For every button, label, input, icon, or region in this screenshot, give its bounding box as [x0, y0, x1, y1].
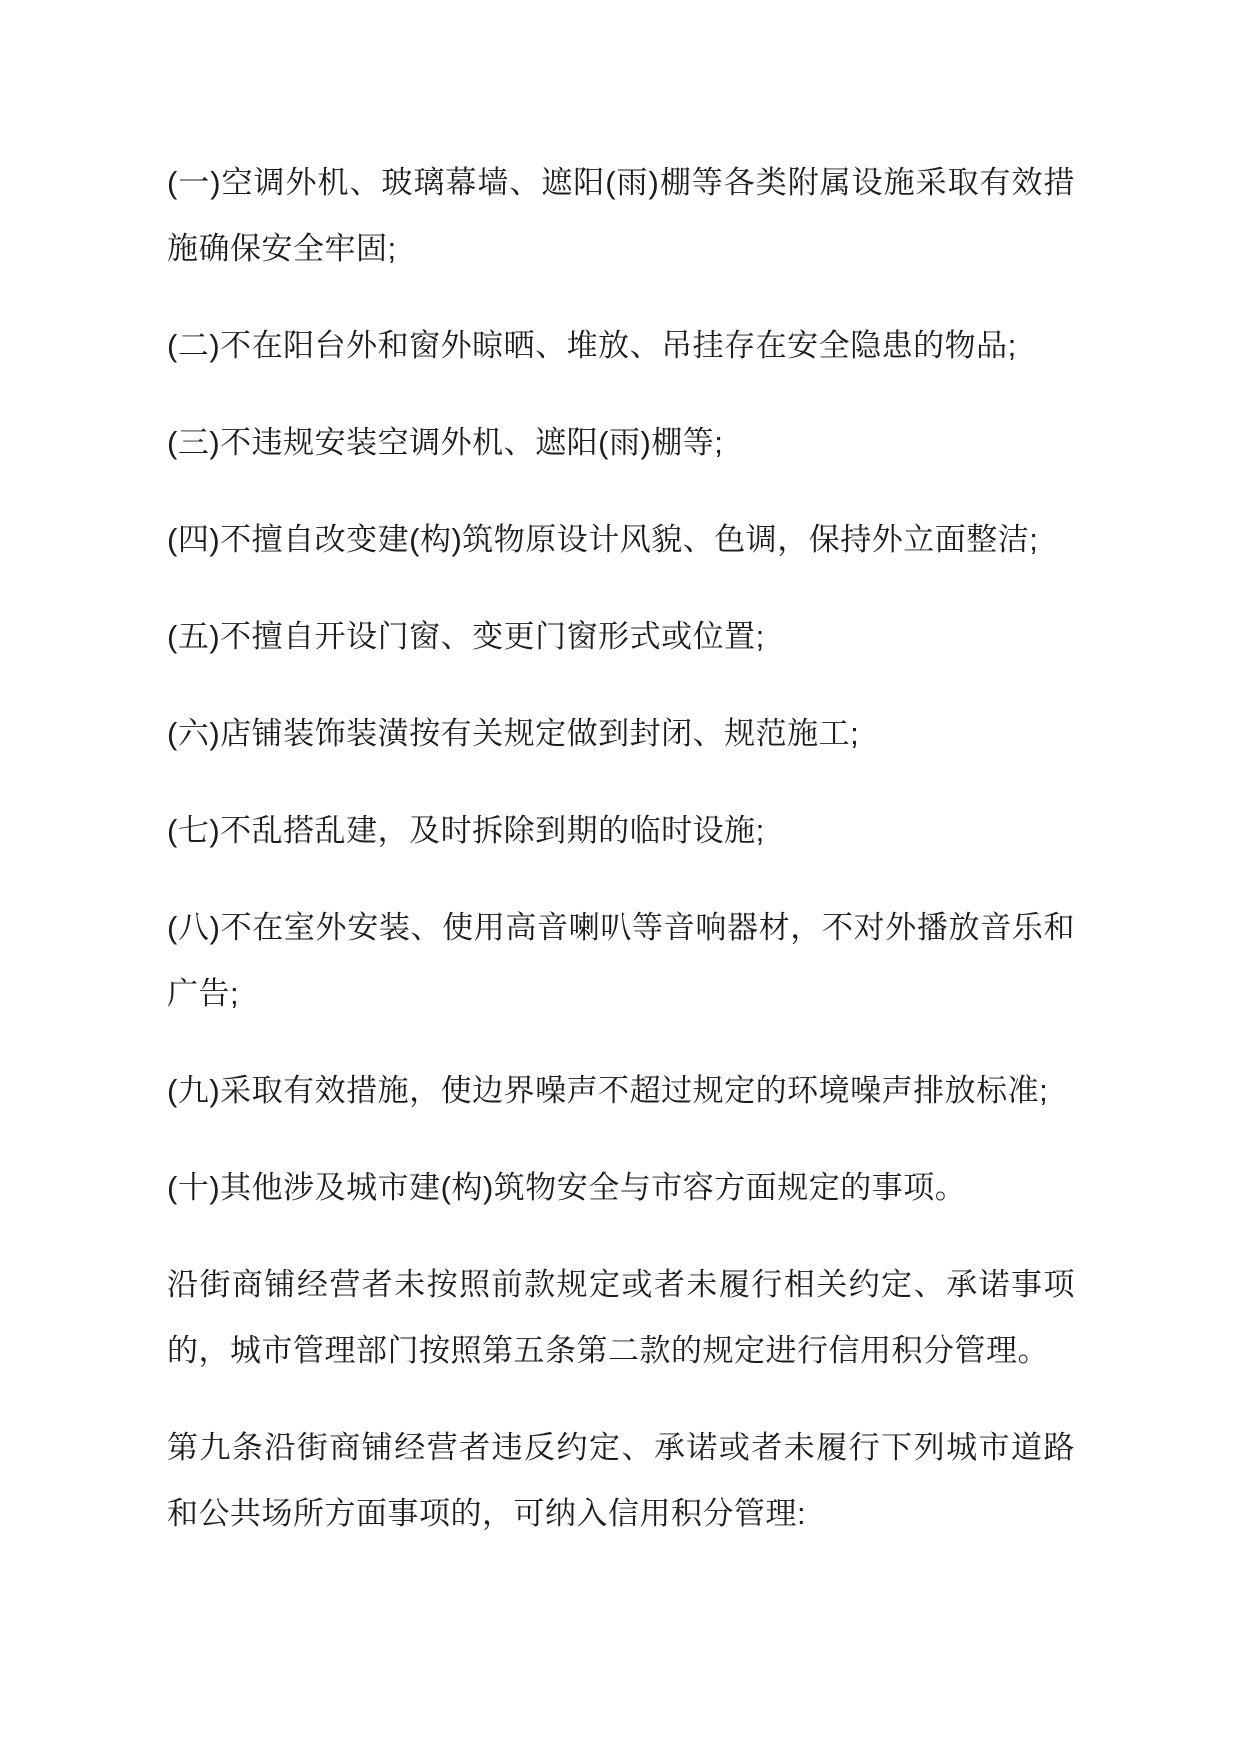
list-item-1: (一)空调外机、玻璃幕墙、遮阳(雨)棚等各类附属设施采取有效措施确保安全牢固; [167, 150, 1075, 282]
list-item-8: (八)不在室外安装、使用高音喇叭等音响器材，不对外播放音乐和广告; [167, 895, 1075, 1027]
list-item-7: (七)不乱搭乱建，及时拆除到期的临时设施; [167, 798, 1075, 864]
list-item-4: (四)不擅自改变建(构)筑物原设计风貌、色调，保持外立面整洁; [167, 507, 1075, 573]
document-page: (一)空调外机、玻璃幕墙、遮阳(雨)棚等各类附属设施采取有效措施确保安全牢固; … [0, 0, 1241, 1754]
list-item-9: (九)采取有效措施，使边界噪声不超过规定的环境噪声排放标准; [167, 1058, 1075, 1124]
list-item-2: (二)不在阳台外和窗外晾晒、堆放、吊挂存在安全隐患的物品; [167, 313, 1075, 379]
list-item-3: (三)不违规安装空调外机、遮阳(雨)棚等; [167, 410, 1075, 476]
document-body: (一)空调外机、玻璃幕墙、遮阳(雨)棚等各类附属设施采取有效措施确保安全牢固; … [167, 150, 1075, 1547]
closing-paragraph: 沿街商铺经营者未按照前款规定或者未履行相关约定、承诺事项的，城市管理部门按照第五… [167, 1252, 1075, 1384]
list-item-5: (五)不擅自开设门窗、变更门窗形式或位置; [167, 604, 1075, 670]
list-item-6: (六)店铺装饰装潢按有关规定做到封闭、规范施工; [167, 701, 1075, 767]
list-item-10: (十)其他涉及城市建(构)筑物安全与市容方面规定的事项。 [167, 1155, 1075, 1221]
article-9-paragraph: 第九条沿街商铺经营者违反约定、承诺或者未履行下列城市道路和公共场所方面事项的，可… [167, 1415, 1075, 1547]
